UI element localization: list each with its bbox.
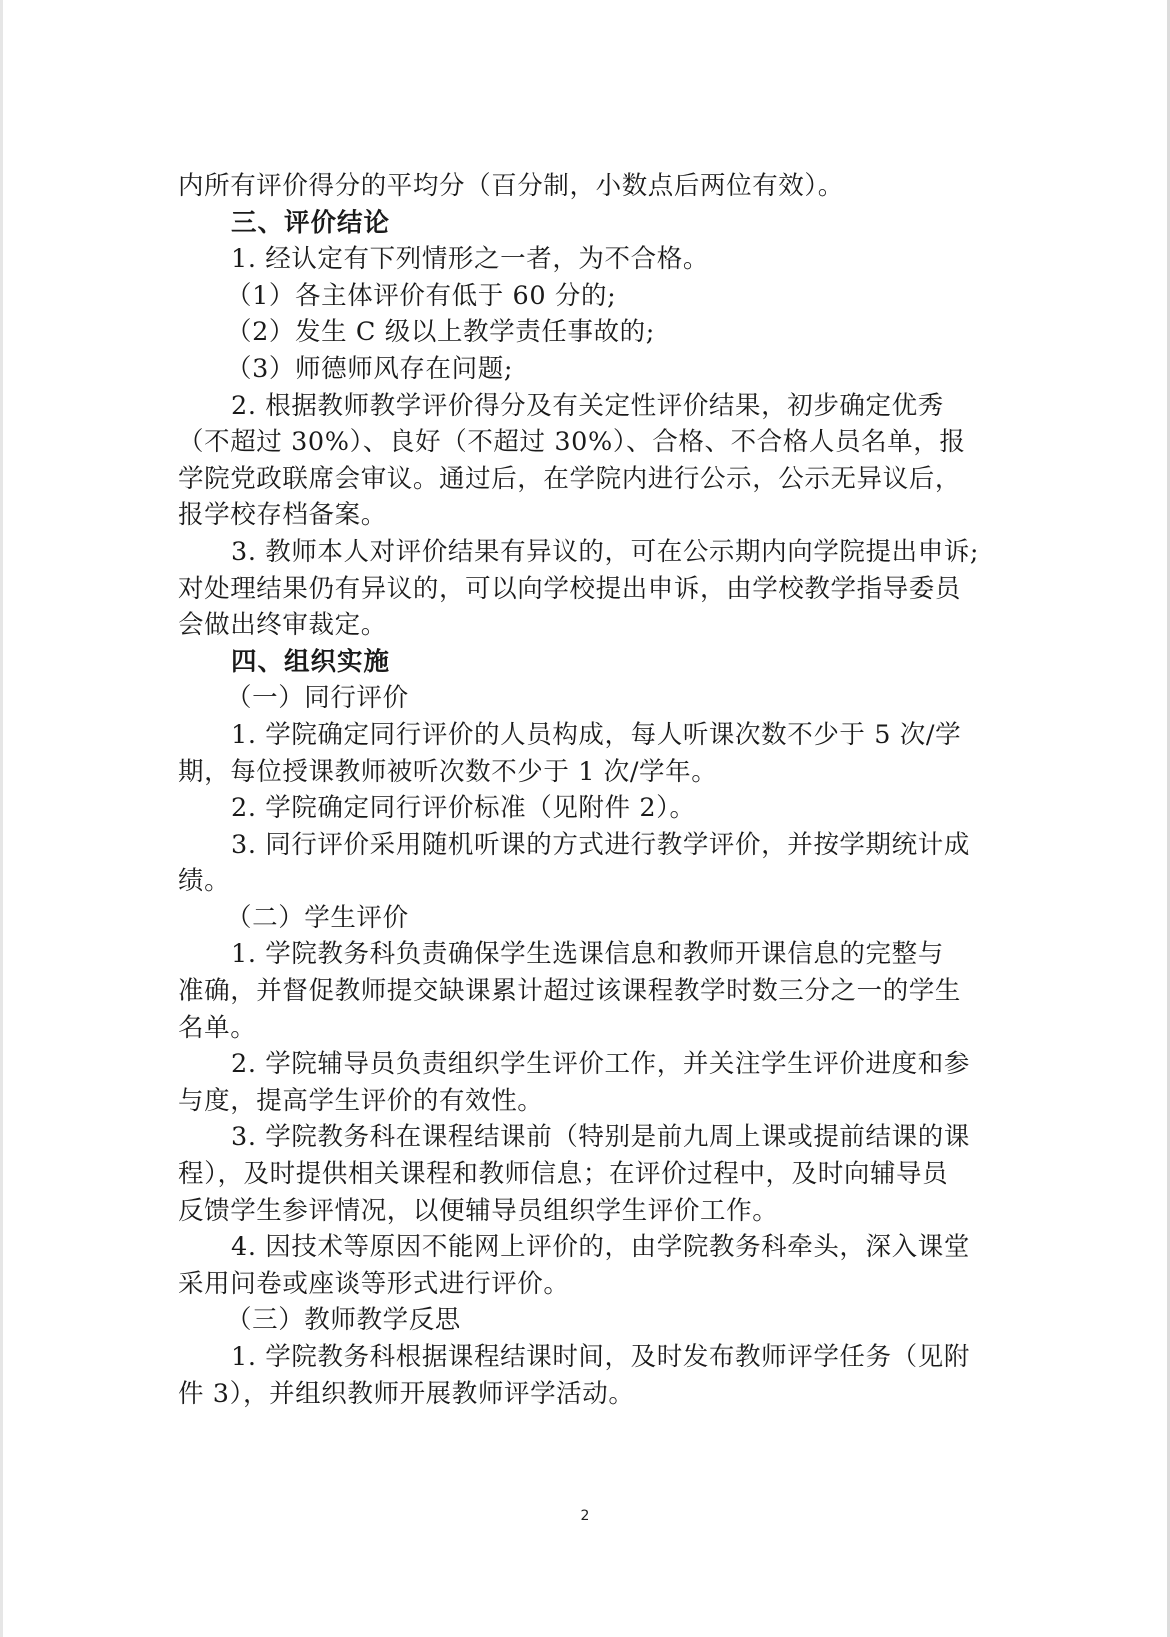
paragraph-line: 2. 根据教师教学评价得分及有关定性评价结果，初步确定优秀 [178, 388, 993, 425]
paragraph-line: 与度，提高学生评价的有效性。 [178, 1083, 993, 1120]
document-page: 内所有评价得分的平均分（百分制，小数点后两位有效）。 三、评价结论 1. 经认定… [178, 168, 993, 1412]
paragraph-line: 名单。 [178, 1010, 993, 1047]
paragraph-line: 3. 同行评价采用随机听课的方式进行教学评价，并按学期统计成 [178, 827, 993, 864]
paragraph-line: 2. 学院辅导员负责组织学生评价工作，并关注学生评价进度和参 [178, 1046, 993, 1083]
paragraph-line: 1. 学院确定同行评价的人员构成，每人听课次数不少于 5 次/学 [178, 717, 993, 754]
paragraph-line: 1. 经认定有下列情形之一者，为不合格。 [178, 241, 993, 278]
paragraph-line: 反馈学生参评情况，以便辅导员组织学生评价工作。 [178, 1193, 993, 1230]
paragraph-line: 对处理结果仍有异议的，可以向学校提出申诉，由学校教学指导委员 [178, 571, 993, 608]
paragraph-line: （不超过 30%）、良好（不超过 30%）、合格、不合格人员名单，报 [178, 424, 993, 461]
paragraph-line: 期，每位授课教师被听次数不少于 1 次/学年。 [178, 754, 993, 791]
paragraph-line: 会做出终审裁定。 [178, 607, 993, 644]
paragraph-line: 绩。 [178, 863, 993, 900]
paragraph-line: 采用问卷或座谈等形式进行评价。 [178, 1266, 993, 1303]
paragraph-line: 件 3），并组织教师开展教师评学活动。 [178, 1376, 993, 1413]
page-edge-left [0, 0, 3, 1637]
paragraph-line: 报学校存档备案。 [178, 497, 993, 534]
paragraph-line: 程），及时提供相关课程和教师信息；在评价过程中，及时向辅导员 [178, 1156, 993, 1193]
list-item: （3）师德师风存在问题; [178, 351, 993, 388]
paragraph-line: 3. 教师本人对评价结果有异议的，可在公示期内向学院提出申诉; [178, 534, 993, 571]
paragraph-line: 1. 学院教务科根据课程结课时间，及时发布教师评学任务（见附 [178, 1339, 993, 1376]
paragraph-line: 准确，并督促教师提交缺课累计超过该课程教学时数三分之一的学生 [178, 973, 993, 1010]
paragraph-line: 4. 因技术等原因不能网上评价的，由学院教务科牵头，深入课堂 [178, 1229, 993, 1266]
subsection-heading-teacher-reflection: （三）教师教学反思 [178, 1302, 993, 1339]
paragraph-line: 学院党政联席会审议。通过后，在学院内进行公示，公示无异议后， [178, 461, 993, 498]
section-heading-organization-implementation: 四、组织实施 [178, 644, 993, 681]
paragraph-line: 1. 学院教务科负责确保学生选课信息和教师开课信息的完整与 [178, 936, 993, 973]
subsection-heading-student-evaluation: （二）学生评价 [178, 900, 993, 937]
list-item: （2）发生 C 级以上教学责任事故的; [178, 314, 993, 351]
subsection-heading-peer-evaluation: （一）同行评价 [178, 680, 993, 717]
paragraph-line: 3. 学院教务科在课程结课前（特别是前九周上课或提前结课的课 [178, 1119, 993, 1156]
paragraph-line: 2. 学院确定同行评价标准（见附件 2）。 [178, 790, 993, 827]
paragraph-line: 内所有评价得分的平均分（百分制，小数点后两位有效）。 [178, 168, 993, 205]
section-heading-evaluation-conclusion: 三、评价结论 [178, 205, 993, 242]
page-number: 2 [0, 1508, 1170, 1524]
list-item: （1）各主体评价有低于 60 分的; [178, 278, 993, 315]
